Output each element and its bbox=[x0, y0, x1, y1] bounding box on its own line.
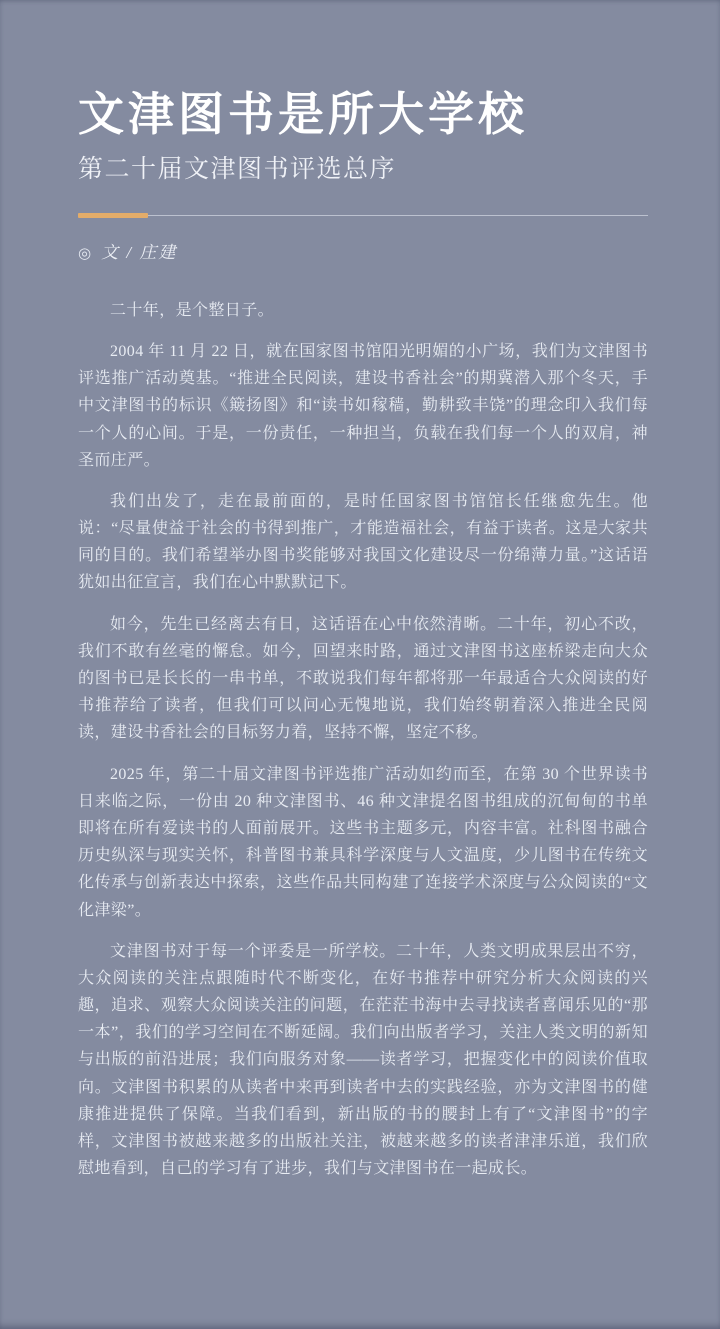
page-title: 文津图书是所大学校 bbox=[78, 86, 648, 144]
page-subtitle: 第二十届文津图书评选总序 bbox=[78, 154, 648, 185]
paragraph: 2004 年 11 月 22 日，就在国家图书馆阳光明媚的小广场，我们为文津图书… bbox=[78, 338, 648, 474]
paragraph: 文津图书对于每一个评委是一所学校。二十年，人类文明成果层出不穷，大众阅读的关注点… bbox=[78, 938, 648, 1183]
byline-circle-icon: ◎ bbox=[78, 246, 93, 262]
divider-rule bbox=[78, 215, 648, 216]
title-divider bbox=[78, 213, 648, 218]
divider-accent-bar bbox=[78, 213, 148, 218]
paragraph: 2025 年，第二十届文津图书评选推广活动如约而至，在第 30 个世界读书日来临… bbox=[78, 761, 648, 924]
paragraph: 我们出发了，走在最前面的，是时任国家图书馆馆长任继愈先生。他说：“尽量使益于社会… bbox=[78, 488, 648, 597]
article-body: 二十年，是个整日子。 2004 年 11 月 22 日，就在国家图书馆阳光明媚的… bbox=[78, 297, 648, 1183]
paragraph: 二十年，是个整日子。 bbox=[78, 297, 648, 324]
article-header: 文津图书是所大学校 第二十届文津图书评选总序 ◎文 / 庄建 bbox=[78, 86, 648, 263]
paragraph: 如今，先生已经离去有日，这话语在心中依然清晰。二十年，初心不改，我们不敢有丝毫的… bbox=[78, 611, 648, 747]
byline-author: 文 / 庄建 bbox=[101, 243, 177, 262]
byline: ◎文 / 庄建 bbox=[78, 238, 648, 263]
article-page: 文津图书是所大学校 第二十届文津图书评选总序 ◎文 / 庄建 二十年，是个整日子… bbox=[0, 0, 720, 1329]
